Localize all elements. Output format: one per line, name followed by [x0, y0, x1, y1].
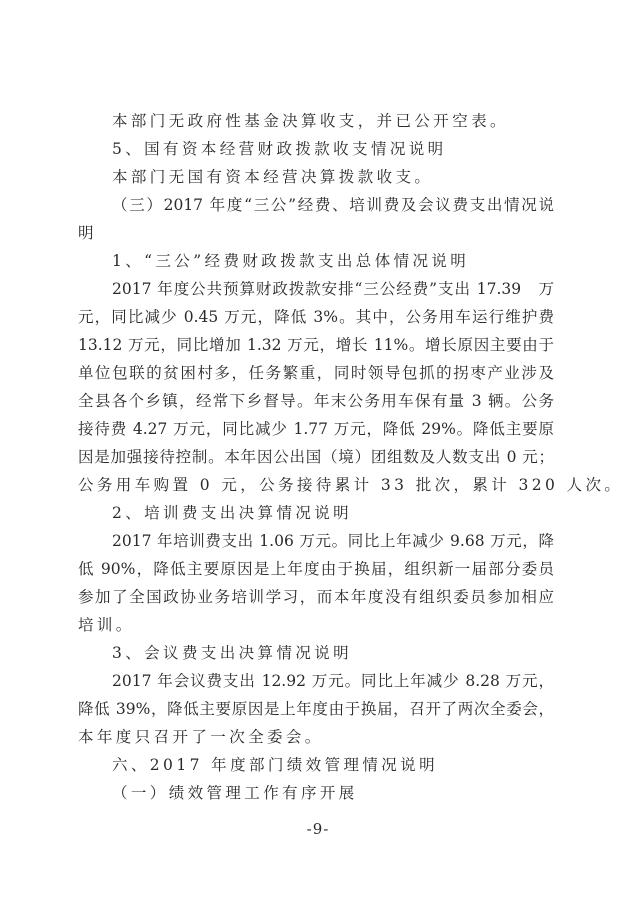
text-line: 明	[78, 223, 554, 243]
text-line: 13.12 万元，同比增加 1.32 万元，增长 11%。增长原因主要由于	[78, 335, 554, 355]
text-line: （一）绩效管理工作有序开展	[112, 783, 554, 803]
text-line: （三）2017 年度“三公”经费、培训费及会议费支出情况说	[112, 195, 554, 215]
text-line: 接待费 4.27 万元，同比减少 1.77 万元，降低 29%。降低主要原	[78, 419, 554, 439]
text-line: 本年度只召开了一次全委会。	[78, 727, 554, 747]
text-line: 5、国有资本经营财政拨款收支情况说明	[112, 139, 554, 159]
text-line: 1、“三公”经费财政拨款支出总体情况说明	[112, 251, 554, 271]
page-number: -9-	[0, 820, 636, 838]
text-line: 2017 年度公共预算财政拨款安排“三公经费”支出 17.39 万	[112, 279, 554, 299]
text-line: 3、会议费支出决算情况说明	[112, 643, 554, 663]
text-line: 元，同比减少 0.45 万元，降低 3%。其中，公务用车运行维护费	[78, 307, 554, 327]
text-line: 公务用车购置 0 元，公务接待累计 33 批次，累计 320 人次。	[78, 475, 554, 495]
text-line: 2017 年培训费支出 1.06 万元。同比上年减少 9.68 万元，降	[112, 531, 554, 551]
document-page: 本部门无政府性基金决算收支，并已公开空表。5、国有资本经营财政拨款收支情况说明本…	[0, 0, 636, 900]
text-line: 2017 年会议费支出 12.92 万元。同比上年减少 8.28 万元，	[112, 671, 554, 691]
text-line: 低 90%，降低主要原因是上年度由于换届，组织新一届部分委员	[78, 559, 554, 579]
text-line: 单位包联的贫困村多，任务繁重，同时领导包抓的拐枣产业涉及	[78, 363, 554, 383]
text-line: 培训。	[78, 615, 554, 635]
text-line: 参加了全国政协业务培训学习，而本年度没有组织委员参加相应	[78, 587, 554, 607]
text-line: 本部门无政府性基金决算收支，并已公开空表。	[112, 111, 554, 131]
text-line: 本部门无国有资本经营决算拨款收支。	[112, 167, 554, 187]
text-line: 六、2017 年度部门绩效管理情况说明	[112, 755, 554, 775]
text-line: 降低 39%，降低主要原因是上年度由于换届，召开了两次全委会，	[78, 699, 554, 719]
text-line: 因是加强接待控制。本年因公出国（境）团组数及人数支出 0 元；	[78, 447, 554, 467]
text-line: 2、培训费支出决算情况说明	[112, 503, 554, 523]
text-line: 全县各个乡镇，经常下乡督导。年末公务用车保有量 3 辆。公务	[78, 391, 554, 411]
